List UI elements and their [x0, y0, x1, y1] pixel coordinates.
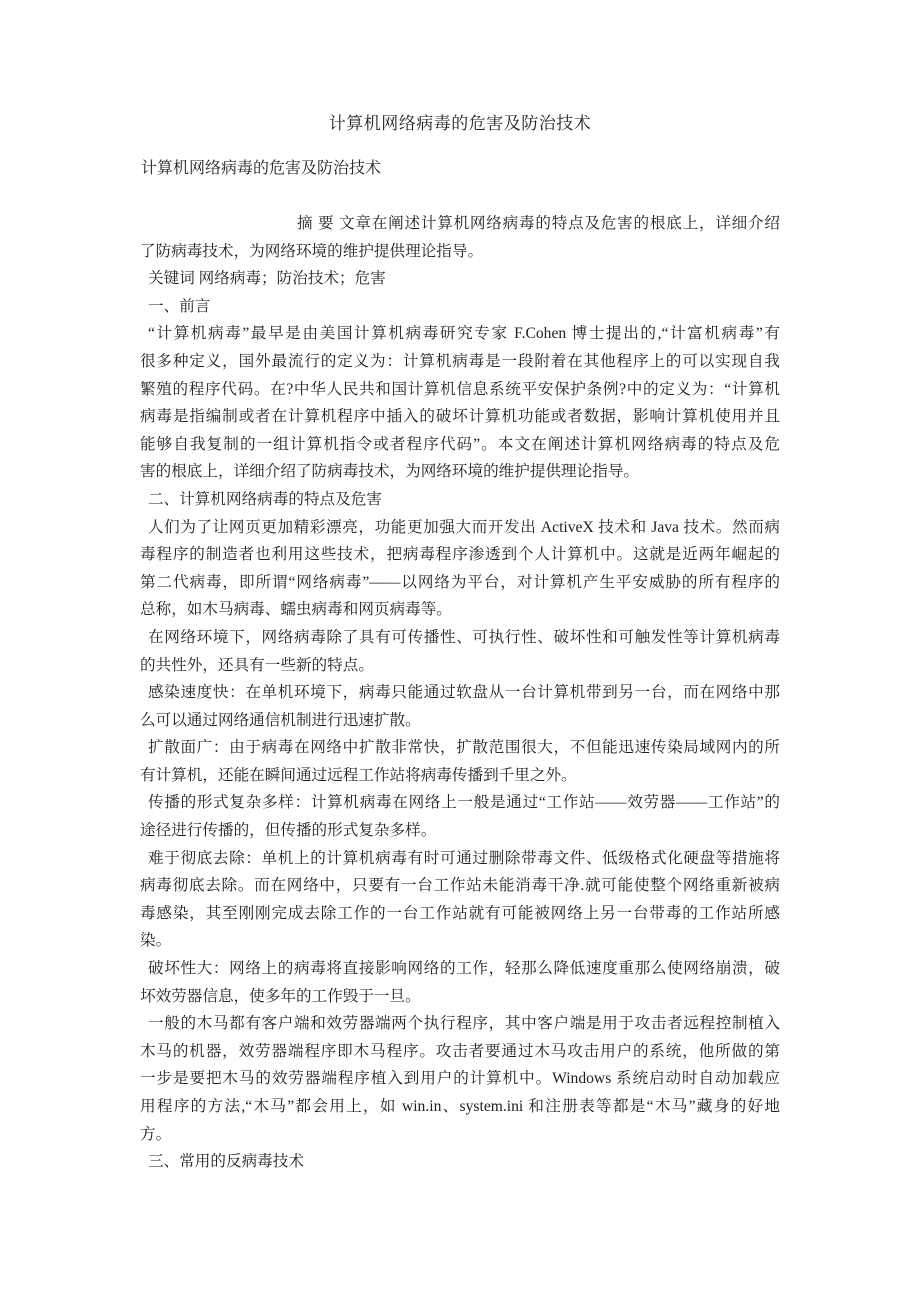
paragraph-line: 毒程序的制造者也利用这些技术，把病毒程序渗透到个人计算机中。这就是近两年崛起的 [140, 541, 780, 569]
paragraph-line: 染。 [140, 927, 780, 955]
paragraph-line: 一般的木马都有客户端和效劳器端两个执行程序，其中客户端是用于攻击者远程控制植入 [140, 1010, 780, 1038]
paragraph-line: 病毒彻底去除。而在网络中，只要有一台工作站未能消毒干净.就可能使整个网络重新被病 [140, 872, 780, 900]
paragraph-line: 有计算机，还能在瞬间通过远程工作站将病毒传播到千里之外。 [140, 762, 780, 790]
paragraph-line: 坏效劳器信息，使多年的工作毁于一旦。 [140, 983, 780, 1011]
paragraph-line: 总称，如木马病毒、蠕虫病毒和网页病毒等。 [140, 596, 780, 624]
keywords-line: 关键词 网络病毒；防治技术；危害 [140, 265, 780, 293]
paragraph-line: 繁殖的程序代码。在?中华人民共和国计算机信息系统平安保护条例?中的定义为：“计算… [140, 376, 780, 404]
paragraph-line: 在网络环境下，网络病毒除了具有可传播性、可执行性、破坏性和可触发性等计算机病毒 [140, 624, 780, 652]
paragraph-line: 能够自我复制的一组计算机指令或者程序代码”。本文在阐述计算机网络病毒的特点及危 [140, 431, 780, 459]
document-body: 摘 要 文章在阐述计算机网络病毒的特点及危害的根底上，详细介绍 了防病毒技术，为… [140, 210, 780, 1176]
document-page: 计算机网络病毒的危害及防治技术 计算机网络病毒的危害及防治技术 摘 要 文章在阐… [0, 0, 920, 1302]
paragraph-line: 第二代病毒，即所谓“网络病毒”——以网络为平台，对计算机产生平安威胁的所有程序的 [140, 569, 780, 597]
paragraph-line: 传播的形式复杂多样：计算机病毒在网络上一般是通过“工作站——效劳器——工作站”的 [140, 789, 780, 817]
paragraph-line: 很多种定义，国外最流行的定义为：计算机病毒是一段附着在其他程序上的可以实现自我 [140, 348, 780, 376]
paragraph-line: 木马的机器，效劳器端程序即木马程序。攻击者要通过木马攻击用户的系统，他所做的第 [140, 1038, 780, 1066]
paragraph-line: 一步是要把木马的效劳器端程序植入到用户的计算机中。Windows 系统启动时自动… [140, 1065, 780, 1093]
section-heading-1: 一、前言 [140, 293, 780, 321]
abstract-line: 了防病毒技术，为网络环境的维护提供理论指导。 [140, 238, 780, 266]
section-heading-3: 三、常用的反病毒技术 [140, 1148, 780, 1176]
paragraph-line: 害的根底上，详细介绍了防病毒技术，为网络环境的维护提供理论指导。 [140, 458, 780, 486]
paragraph-line: 人们为了让网页更加精彩漂亮，功能更加强大而开发出 ActiveX 技术和 Jav… [140, 514, 780, 542]
paragraph-line: 病毒是指编制或者在计算机程序中插入的破坏计算机功能或者数据，影响计算机使用并且 [140, 403, 780, 431]
paragraph-line: 感染速度快：在单机环境下，病毒只能通过软盘从一台计算机带到另一台，而在网络中那 [140, 679, 780, 707]
page-title: 计算机网络病毒的危害及防治技术 [140, 112, 780, 136]
abstract-line: 摘 要 文章在阐述计算机网络病毒的特点及危害的根底上，详细介绍 [140, 210, 780, 238]
paragraph-line: 用程序的方法,“木马”都会用上，如 win.in、system.ini 和注册表… [140, 1093, 780, 1121]
paragraph-line: 难于彻底去除：单机上的计算机病毒有时可通过删除带毒文件、低级格式化硬盘等措施将 [140, 845, 780, 873]
paragraph-line: 毒感染，其至刚刚完成去除工作的一台工作站就有可能被网络上另一台带毒的工作站所感 [140, 900, 780, 928]
paragraph-line: 方。 [140, 1121, 780, 1149]
paragraph-line: 扩散面广：由于病毒在网络中扩散非常快，扩散范围很大，不但能迅速传染局域网内的所 [140, 734, 780, 762]
paragraph-line: 破坏性大：网络上的病毒将直接影响网络的工作，轻那么降低速度重那么使网络崩溃，破 [140, 955, 780, 983]
paragraph-line: 么可以通过网络通信机制进行迅速扩散。 [140, 707, 780, 735]
paragraph-line: 的共性外，还具有一些新的特点。 [140, 652, 780, 680]
section-heading-2: 二、计算机网络病毒的特点及危害 [140, 486, 780, 514]
paragraph-line: 途径进行传播的，但传播的形式复杂多样。 [140, 817, 780, 845]
doc-subtitle: 计算机网络病毒的危害及防治技术 [141, 157, 381, 181]
paragraph-line: “计算机病毒”最早是由美国计算机病毒研究专家 F.Cohen 博士提出的,“计富… [140, 320, 780, 348]
